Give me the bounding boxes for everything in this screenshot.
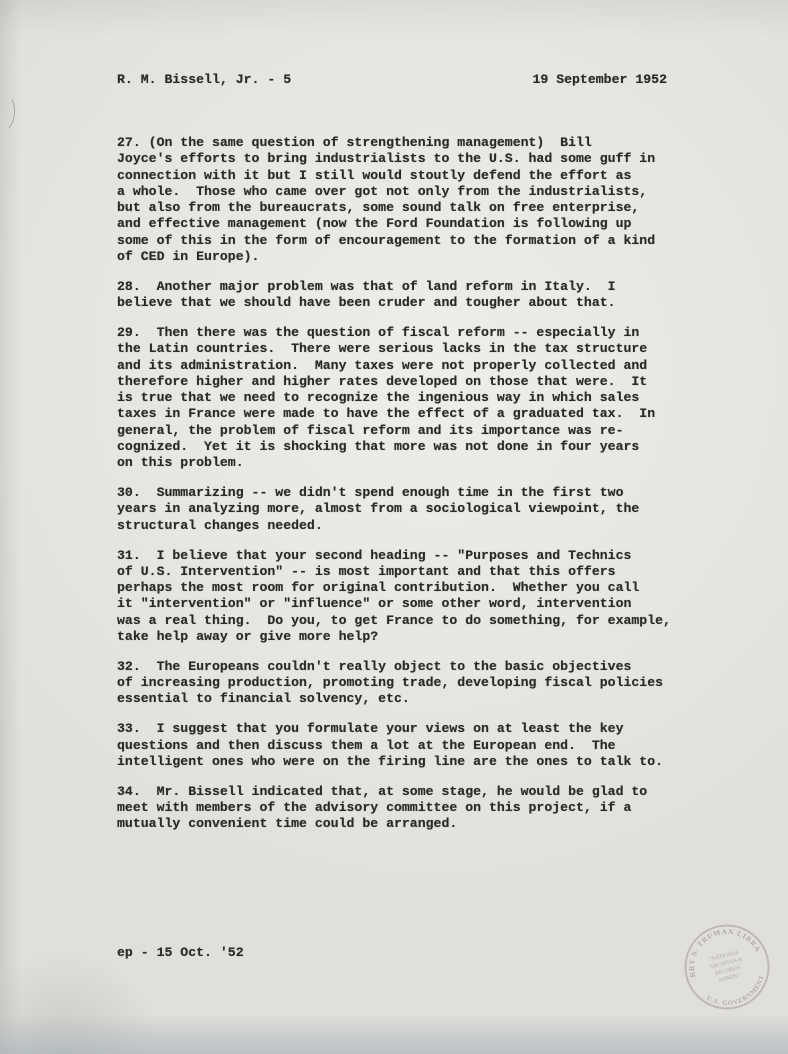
- paragraph-30: 30. Summarizing -- we didn't spend enoug…: [117, 485, 685, 534]
- document-header: R. M. Bissell, Jr. - 5 19 September 1952: [117, 72, 667, 88]
- stamp-center-text: "NATIONAL ARCHIVES & RECORDS ADMIN.": [707, 949, 747, 985]
- paragraph-34: 34. Mr. Bissell indicated that, at some …: [117, 784, 685, 833]
- footer-initials: ep - 15 Oct. '52: [117, 945, 244, 961]
- document-page: R. M. Bissell, Jr. - 5 19 September 1952…: [0, 0, 788, 1054]
- paragraph-28: 28. Another major problem was that of la…: [117, 279, 685, 312]
- paragraph-33: 33. I suggest that you formulate your vi…: [117, 721, 685, 770]
- truman-library-stamp-icon: HARRY S. TRUMAN LIBRARY U.S. GOVERNMENT …: [682, 922, 772, 1012]
- paper-pen-mark: [0, 93, 17, 133]
- paragraph-27: 27. (On the same question of strengtheni…: [117, 135, 685, 265]
- paragraph-29: 29. Then there was the question of fisca…: [117, 325, 685, 472]
- header-date: 19 September 1952: [532, 72, 667, 88]
- header-author-line: R. M. Bissell, Jr. - 5: [117, 72, 291, 88]
- document-body: 27. (On the same question of strengtheni…: [117, 135, 685, 846]
- paragraph-31: 31. I believe that your second heading -…: [117, 548, 685, 646]
- paragraph-32: 32. The Europeans couldn't really object…: [117, 659, 685, 708]
